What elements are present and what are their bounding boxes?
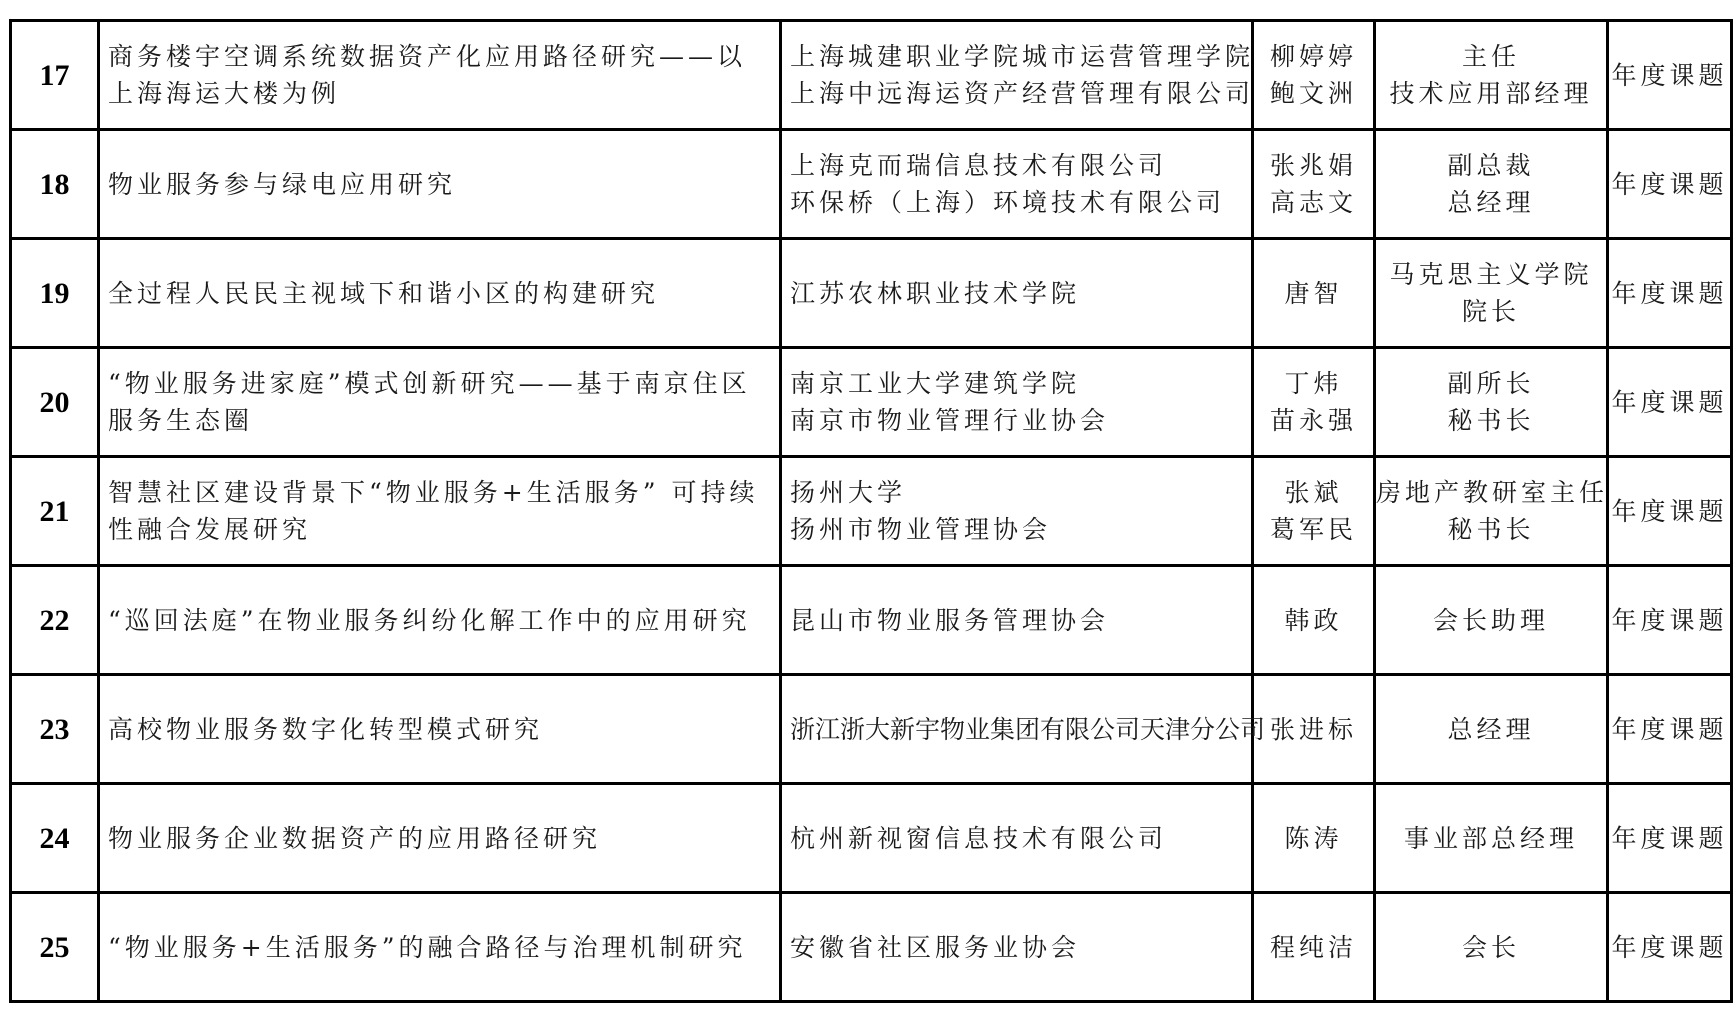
table-row: 17 商务楼宇空调系统数据资产化应用路径研究——以上海海运大楼为例 上海城建职业… — [11, 21, 1732, 130]
organization: 南京市物业管理行业协会 — [790, 402, 1247, 439]
table-row: 22 “巡回法庭”在物业服务纠纷化解工作中的应用研究 昆山市物业服务管理协会 韩… — [11, 566, 1732, 675]
topic-type: 年度课题 — [1608, 457, 1732, 566]
research-topics-table: 17 商务楼宇空调系统数据资产化应用路径研究——以上海海运大楼为例 上海城建职业… — [9, 19, 1733, 1003]
organization-cell: 江苏农林职业技术学院 — [781, 239, 1253, 348]
row-number: 23 — [11, 675, 99, 784]
topic-type: 年度课题 — [1608, 784, 1732, 893]
topic-type: 年度课题 — [1608, 893, 1732, 1002]
position: 主任 — [1376, 38, 1606, 75]
topic-type: 年度课题 — [1608, 21, 1732, 130]
position: 秘书长 — [1376, 402, 1606, 439]
table-row: 20 “物业服务进家庭”模式创新研究——基于南京住区服务生态圈 南京工业大学建筑… — [11, 348, 1732, 457]
person-cell: 程纯洁 — [1253, 893, 1375, 1002]
table-row: 23 高校物业服务数字化转型模式研究 浙江浙大新宇物业集团有限公司天津分公司 张… — [11, 675, 1732, 784]
person-cell: 陈涛 — [1253, 784, 1375, 893]
position: 总经理 — [1376, 711, 1606, 748]
topic-title: 物业服务参与绿电应用研究 — [99, 130, 781, 239]
table-row: 24 物业服务企业数据资产的应用路径研究 杭州新视窗信息技术有限公司 陈涛 事业… — [11, 784, 1732, 893]
position: 事业部总经理 — [1376, 820, 1606, 857]
position-cell: 会长助理 — [1375, 566, 1608, 675]
table-row: 19 全过程人民民主视域下和谐小区的构建研究 江苏农林职业技术学院 唐智 马克思… — [11, 239, 1732, 348]
person-name: 柳婷婷 — [1254, 38, 1373, 75]
person-name: 葛军民 — [1254, 511, 1373, 548]
organization: 上海城建职业学院城市运营管理学院 — [790, 38, 1247, 75]
organization-cell: 安徽省社区服务业协会 — [781, 893, 1253, 1002]
organization: 上海克而瑞信息技术有限公司 — [790, 147, 1247, 184]
person-name: 陈涛 — [1254, 820, 1373, 857]
row-number: 21 — [11, 457, 99, 566]
person-cell: 韩政 — [1253, 566, 1375, 675]
position: 房地产教研室主任 — [1376, 474, 1606, 511]
topic-title: 智慧社区建设背景下“物业服务+生活服务” 可持续性融合发展研究 — [99, 457, 781, 566]
position-cell: 总经理 — [1375, 675, 1608, 784]
topic-type: 年度课题 — [1608, 566, 1732, 675]
position: 副总裁 — [1376, 147, 1606, 184]
organization: 安徽省社区服务业协会 — [790, 929, 1247, 966]
topic-type: 年度课题 — [1608, 130, 1732, 239]
table-row: 25 “物业服务+生活服务”的融合路径与治理机制研究 安徽省社区服务业协会 程纯… — [11, 893, 1732, 1002]
position-cell: 会长 — [1375, 893, 1608, 1002]
organization: 江苏农林职业技术学院 — [790, 275, 1247, 312]
topic-title: 商务楼宇空调系统数据资产化应用路径研究——以上海海运大楼为例 — [99, 21, 781, 130]
position-cell: 副所长 秘书长 — [1375, 348, 1608, 457]
row-number: 20 — [11, 348, 99, 457]
organization: 上海中远海运资产经营管理有限公司 — [790, 75, 1247, 112]
row-number: 25 — [11, 893, 99, 1002]
person-cell: 张兆娟 高志文 — [1253, 130, 1375, 239]
organization: 环保桥（上海）环境技术有限公司 — [790, 184, 1247, 221]
topic-title: “物业服务+生活服务”的融合路径与治理机制研究 — [99, 893, 781, 1002]
position: 院长 — [1376, 293, 1606, 330]
position: 总经理 — [1376, 184, 1606, 221]
person-name: 张进标 — [1254, 711, 1373, 748]
position: 技术应用部经理 — [1376, 75, 1606, 112]
row-number: 24 — [11, 784, 99, 893]
position-cell: 主任 技术应用部经理 — [1375, 21, 1608, 130]
organization-cell: 杭州新视窗信息技术有限公司 — [781, 784, 1253, 893]
organization: 扬州市物业管理协会 — [790, 511, 1247, 548]
person-name: 高志文 — [1254, 184, 1373, 221]
topic-title: 物业服务企业数据资产的应用路径研究 — [99, 784, 781, 893]
organization-cell: 扬州大学 扬州市物业管理协会 — [781, 457, 1253, 566]
position: 秘书长 — [1376, 511, 1606, 548]
position-cell: 副总裁 总经理 — [1375, 130, 1608, 239]
person-cell: 唐智 — [1253, 239, 1375, 348]
organization: 杭州新视窗信息技术有限公司 — [790, 820, 1247, 857]
person-cell: 张斌 葛军民 — [1253, 457, 1375, 566]
position-cell: 事业部总经理 — [1375, 784, 1608, 893]
person-name: 张兆娟 — [1254, 147, 1373, 184]
organization: 浙江浙大新宇物业集团有限公司天津分公司 — [790, 711, 1247, 748]
topic-type: 年度课题 — [1608, 348, 1732, 457]
person-name: 丁炜 — [1254, 365, 1373, 402]
row-number: 22 — [11, 566, 99, 675]
person-name: 程纯洁 — [1254, 929, 1373, 966]
table-row: 18 物业服务参与绿电应用研究 上海克而瑞信息技术有限公司 环保桥（上海）环境技… — [11, 130, 1732, 239]
person-name: 韩政 — [1254, 602, 1373, 639]
organization: 南京工业大学建筑学院 — [790, 365, 1247, 402]
organization-cell: 浙江浙大新宇物业集团有限公司天津分公司 — [781, 675, 1253, 784]
organization-cell: 上海克而瑞信息技术有限公司 环保桥（上海）环境技术有限公司 — [781, 130, 1253, 239]
position: 会长 — [1376, 929, 1606, 966]
position: 会长助理 — [1376, 602, 1606, 639]
organization-cell: 昆山市物业服务管理协会 — [781, 566, 1253, 675]
person-name: 鲍文洲 — [1254, 75, 1373, 112]
topic-title: “物业服务进家庭”模式创新研究——基于南京住区服务生态圈 — [99, 348, 781, 457]
position: 副所长 — [1376, 365, 1606, 402]
person-name: 张斌 — [1254, 474, 1373, 511]
table-row: 21 智慧社区建设背景下“物业服务+生活服务” 可持续性融合发展研究 扬州大学 … — [11, 457, 1732, 566]
person-cell: 丁炜 苗永强 — [1253, 348, 1375, 457]
organization: 昆山市物业服务管理协会 — [790, 602, 1247, 639]
row-number: 17 — [11, 21, 99, 130]
position-cell: 马克思主义学院 院长 — [1375, 239, 1608, 348]
topic-title: “巡回法庭”在物业服务纠纷化解工作中的应用研究 — [99, 566, 781, 675]
person-name: 苗永强 — [1254, 402, 1373, 439]
topic-type: 年度课题 — [1608, 239, 1732, 348]
row-number: 18 — [11, 130, 99, 239]
position-cell: 房地产教研室主任 秘书长 — [1375, 457, 1608, 566]
person-name: 唐智 — [1254, 275, 1373, 312]
organization-cell: 南京工业大学建筑学院 南京市物业管理行业协会 — [781, 348, 1253, 457]
organization-cell: 上海城建职业学院城市运营管理学院 上海中远海运资产经营管理有限公司 — [781, 21, 1253, 130]
organization: 扬州大学 — [790, 474, 1247, 511]
person-cell: 柳婷婷 鲍文洲 — [1253, 21, 1375, 130]
topic-type: 年度课题 — [1608, 675, 1732, 784]
topic-title: 高校物业服务数字化转型模式研究 — [99, 675, 781, 784]
position: 马克思主义学院 — [1376, 256, 1606, 293]
row-number: 19 — [11, 239, 99, 348]
person-cell: 张进标 — [1253, 675, 1375, 784]
topic-title: 全过程人民民主视域下和谐小区的构建研究 — [99, 239, 781, 348]
